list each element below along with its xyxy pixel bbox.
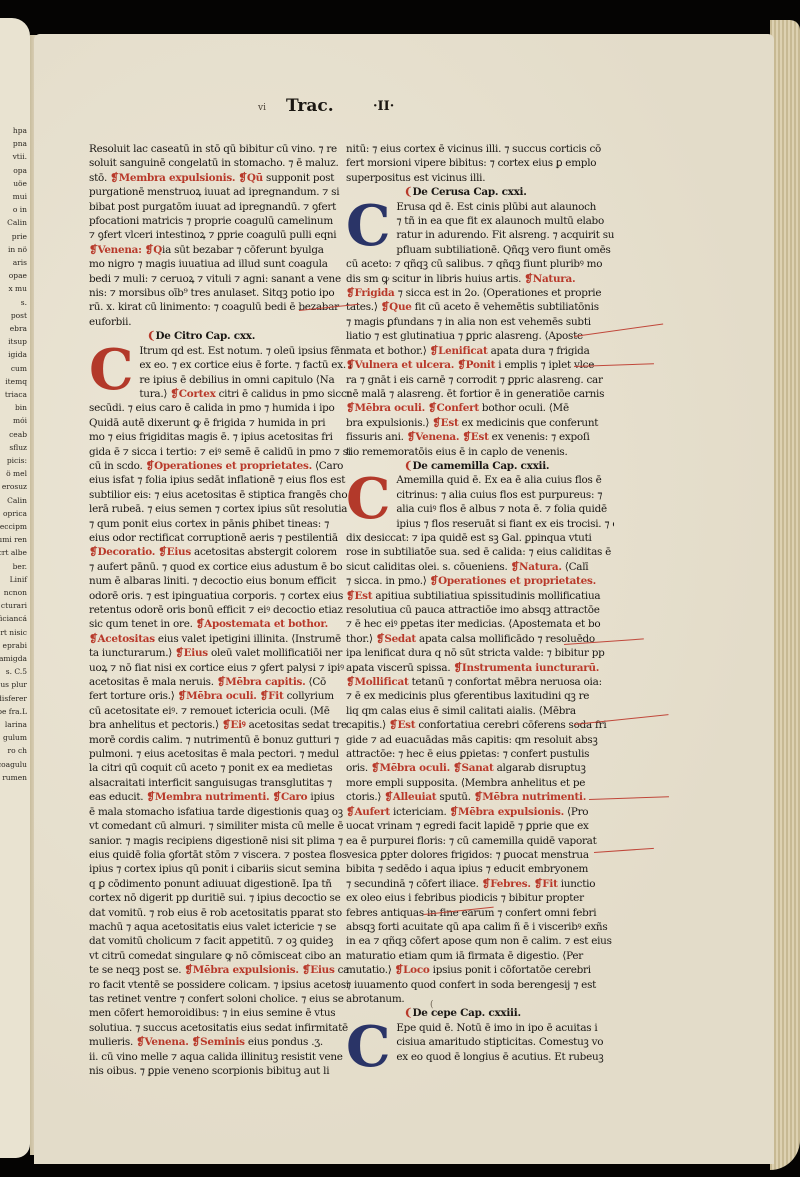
text-line: pulmoni. ⁊ eius acetositas ē mala pector… bbox=[89, 747, 351, 761]
text-line: Epe quid ē. Notū ē imo in ipo ē acuitas … bbox=[396, 1021, 614, 1035]
text-line: retentus odorē oris bonū efficit ⁊ eiꝰ d… bbox=[89, 603, 351, 617]
text-line: mata et bothor.⟩ ❡Lenificat apata dura ⁊… bbox=[346, 344, 614, 358]
left-page-fragment: pna bbox=[13, 139, 27, 149]
left-page-fragment: aris bbox=[13, 258, 27, 268]
text-line: Resoluit lac caseatū in stō qū bibitur c… bbox=[89, 142, 351, 156]
text-line: ctoris.⟩ ❡Alleuiat sputū. ❡Mēbra nutrime… bbox=[346, 790, 614, 804]
left-page-fragment: in nö bbox=[8, 245, 27, 255]
text-line: ratur in adurendo. Fit alsreng. ⁊ acquir… bbox=[396, 228, 614, 242]
text-line: ❡Decoratio. ❡Eius acetositas abstergit c… bbox=[89, 545, 351, 559]
text-line: machū ⁊ aqua acetositatis eius valet ict… bbox=[89, 920, 351, 934]
folio-number: ·II· bbox=[373, 99, 394, 114]
text-line: cisiua amaritudo stipticitas. Comestuꝫ v… bbox=[396, 1035, 614, 1049]
right-text-column: nitū: ⁊ eius cortex ē vicinus illi. ⁊ su… bbox=[346, 142, 614, 1071]
text-line: purgationē menstruoꝝ iuuat ad ipregnandu… bbox=[89, 185, 351, 199]
text-line: fert torture oris.⟩ ❡Mēbra oculi. ❡Fit c… bbox=[89, 689, 351, 703]
decorated-initial: C bbox=[89, 346, 133, 394]
text-line: ❡Est apitiua subtiliatiua spissitudinis … bbox=[346, 589, 614, 603]
left-page-fragment: disferer bbox=[0, 694, 27, 704]
left-page-fragment: igida bbox=[8, 350, 27, 360]
facing-left-page: hpapnavtii.opauöemuio inCalinpriein nöar… bbox=[0, 18, 30, 1158]
text-line: tio rememoratōis eius ē in caplo de vene… bbox=[346, 445, 614, 459]
text-line: ⁊ aufert pānū. ⁊ quod ex cortice eius ad… bbox=[89, 560, 351, 574]
recto-page: vi Trac. ·II· Resoluit lac caseatū in st… bbox=[34, 34, 774, 1164]
left-page-fragment: mui bbox=[13, 192, 27, 202]
stray-mark: ( bbox=[430, 1000, 434, 1010]
left-page-fragment: gulum bbox=[3, 733, 27, 743]
text-line: te se neqꝫ post se. ❡Mēbra expulsionis. … bbox=[89, 963, 351, 977]
text-line: apata viscerū spissa. ❡Instrumenta iunct… bbox=[346, 661, 614, 675]
text-line: mulieris. ❡Venena. ❡Seminis eius pondus … bbox=[89, 1035, 351, 1049]
text-line: tas retinet ventre ⁊ confert soloni chol… bbox=[89, 992, 351, 1006]
decorated-initial: C bbox=[346, 202, 390, 250]
text-line: dat vomitū. ⁊ rob eius ē rob acetositati… bbox=[89, 906, 351, 920]
text-line: solutiua. ⁊ succus acetositatis eius sed… bbox=[89, 1021, 351, 1035]
text-line: rose in subtiliatōe sua. sed ē calida: ⁊… bbox=[346, 545, 614, 559]
text-line: pfocationi matricis ⁊ proprie coagulū ca… bbox=[89, 214, 351, 228]
text-line: ⁊ sicca. in pmo.⟩ ❡Operationes et propri… bbox=[346, 574, 614, 588]
text-line: ⁊ iuuamento quod confert in soda berenge… bbox=[346, 978, 614, 992]
text-line: ipius ⁊ cortex ipius qū ponit i cibariis… bbox=[89, 862, 351, 876]
left-page-fragment: us plur bbox=[0, 680, 27, 690]
text-line: re ipius ē debilius in omni capitulo ⟨Na bbox=[139, 373, 351, 387]
left-page-fragment: o in bbox=[13, 205, 27, 215]
decorated-initial: C bbox=[346, 475, 390, 523]
text-line: ea ē purpurei floris: ⁊ cū camemilla qui… bbox=[346, 834, 614, 848]
text-line: mo nigro ⁊ magis iuuatiua ad illud sunt … bbox=[89, 257, 351, 271]
text-line: tura.⟩ ❡Cortex citri ē calidus in pmo si… bbox=[139, 387, 351, 401]
left-page-fragment: uöe bbox=[13, 179, 27, 189]
chapter-body: C Itrum qd est. Est notum. ⁊ oleū ipsius… bbox=[89, 344, 351, 1079]
left-page-fragment: rumen bbox=[2, 773, 27, 783]
text-line: oris. ❡Mēbra oculi. ❡Sanat algarab disru… bbox=[346, 761, 614, 775]
left-page-fragment: ro ch bbox=[7, 746, 27, 756]
chapter-body: C Amemilla quid ē. Ex ea ē alia cuius fl… bbox=[346, 473, 614, 1006]
text-line: ❡Mēbra oculi. ❡Confert bothor oculi. ⟨Mē bbox=[346, 401, 614, 415]
text-line: morē cordis calim. ⁊ nutrimentū ē bonuz … bbox=[89, 733, 351, 747]
text-line: citrinus: ⁊ alia cuius flos est purpureu… bbox=[396, 488, 614, 502]
text-line: maturatio etiam qum iā firmata ē digesti… bbox=[346, 949, 614, 963]
text-line: bra anhelitus et pectoris.⟩ ❡Eiꝰ acetosi… bbox=[89, 718, 351, 732]
text-line: abrotanum. bbox=[346, 992, 614, 1006]
text-line: ⁊ tñ in ea que fit ex alaunoch multū ela… bbox=[396, 214, 614, 228]
text-line: cortex nō digerit pp duritiē sui. ⁊ ipiu… bbox=[89, 891, 351, 905]
text-line: Quidā autē dixerunt ꝙ ē frigida ⁊ humida… bbox=[89, 416, 351, 430]
text-line: attractōe: ⁊ hec ē eius ꝑpietas: ⁊ confe… bbox=[346, 747, 614, 761]
text-line: bedi ⁊ muli: ⁊ ceruoꝝ ⁊ vituli ⁊ agni: s… bbox=[89, 272, 351, 286]
text-line: in ea ⁊ qñqꝫ cōfert apose qum non ē cali… bbox=[346, 934, 614, 948]
left-page-fragment: erosuz bbox=[2, 482, 27, 492]
signature-mark: vi bbox=[258, 103, 266, 113]
left-page-fragment: s. C.5 bbox=[6, 667, 27, 677]
left-page-fragment: larina bbox=[5, 720, 27, 730]
text-line: ⁊ magis ꝑfundans ⁊ in alia non est vehem… bbox=[346, 315, 614, 329]
left-page-fragment: ö mel bbox=[6, 469, 27, 479]
text-line: odorē oris. ⁊ est ipinguatiua corporis. … bbox=[89, 589, 351, 603]
running-title: Trac. bbox=[286, 96, 334, 116]
text-line: ipius ⁊ flos reseruāt si fiant ex eis tr… bbox=[396, 517, 614, 531]
text-line: bibat post purgatōm iuuat ad ipregnandū.… bbox=[89, 200, 351, 214]
text-line: ❡Mollificat tetanū ⁊ confortat mēbra ner… bbox=[346, 675, 614, 689]
text-line: ❡Acetositas eius valet ipetigini illinit… bbox=[89, 632, 351, 646]
text-line: ❡Venena: ❡Qia sūt bezabar ⁊ cōferunt byu… bbox=[89, 243, 351, 257]
left-page-fragment: prie bbox=[12, 232, 27, 242]
text-line: ii. cū vino melle ⁊ aqua calida illinitu… bbox=[89, 1050, 351, 1064]
page-edges bbox=[770, 20, 800, 1170]
text-line: ipa lenificat dura q nō sūt stricta vald… bbox=[346, 646, 614, 660]
text-line: vt comedant cū almuri. ⁊ similiter mista… bbox=[89, 819, 351, 833]
text-line: cū acetositate eiꝰ. ⁊ remouet ictericia … bbox=[89, 704, 351, 718]
left-page-fragment: post bbox=[11, 311, 27, 321]
left-page-fragment: Calin bbox=[7, 218, 27, 228]
left-page-fragment: sfluz bbox=[9, 443, 27, 453]
left-page-fragment: Calin bbox=[7, 496, 27, 506]
text-line: ⁊ ē ex medicinis plus ꝯferentibus laxitu… bbox=[346, 689, 614, 703]
text-line: ❡Aufert ictericiam. ❡Mēbra expulsionis. … bbox=[346, 805, 614, 819]
left-page-fragment: cturari bbox=[1, 601, 27, 611]
text-line: cū in scdo. ❡Operationes et proprietates… bbox=[89, 459, 351, 473]
text-line: stō. ❡Membra expulsionis. ❡Qū supponit p… bbox=[89, 171, 351, 185]
left-page-fragment: opae bbox=[9, 271, 27, 281]
text-line: la citri qū coquit cū aceto ⁊ ponit ex e… bbox=[89, 761, 351, 775]
left-page-fragment: ceab bbox=[9, 430, 27, 440]
text-line: nitū: ⁊ eius cortex ē vicinus illi. ⁊ su… bbox=[346, 142, 614, 156]
text-line: mo ⁊ eius frigiditas magis ē. ⁊ ipius ac… bbox=[89, 430, 351, 444]
left-page-fragment: bin bbox=[15, 403, 27, 413]
chapter-body: C Erusa qd ē. Est cinis plūbi aut alauno… bbox=[346, 200, 614, 459]
left-page-fragment: crt albe bbox=[0, 548, 27, 558]
text-line: ex eo. ⁊ ex cortice eius ē forte. ⁊ fact… bbox=[139, 358, 351, 372]
text-line: ta iuncturarum.⟩ ❡Eius oleū valet mollif… bbox=[89, 646, 351, 660]
left-page-fragment: hpa bbox=[13, 126, 27, 136]
text-line: sanior. ⁊ magis recipiens digestionē nis… bbox=[89, 834, 351, 848]
text-line: sicut caliditas olei. s. cōueniens. ❡Nat… bbox=[346, 560, 614, 574]
left-page-fragment: ncnon bbox=[4, 588, 27, 598]
chapter-body: C Epe quid ē. Notū ē imo in ipo ē acuita… bbox=[346, 1021, 614, 1064]
text-line: secūdi. ⁊ eius caro ē calida in pmo ⁊ hu… bbox=[89, 401, 351, 415]
text-line: num ē albaras liniti. ⁊ decoctio eius bo… bbox=[89, 574, 351, 588]
text-line: gida ē ⁊ sicca i tertio: ⁊ eiꝰ semē ē ca… bbox=[89, 445, 351, 459]
left-page-fragment: Linif bbox=[10, 575, 27, 585]
chapter-text: Itrum qd est. Est notum. ⁊ oleū ipsius f… bbox=[89, 344, 351, 1079]
text-line: vesica ꝑpter dolores frigidos: ⁊ ꝑuocat … bbox=[346, 848, 614, 862]
text-line: q ꝑ cōdimento ponunt adiuuat digestionē.… bbox=[89, 877, 351, 891]
text-line: superpositus est vicinus illi. bbox=[346, 171, 614, 185]
text-line: resolutiua cū pauca attractiōe imo absqꝫ… bbox=[346, 603, 614, 617]
text-line: liq qm calas eius ē simil calitati aiali… bbox=[346, 704, 614, 718]
left-page-fragment: cum bbox=[11, 364, 27, 374]
text-line: nē malā ⁊ alasreng. ēt fortior ē in gene… bbox=[346, 387, 614, 401]
left-page-fragment: umi ren bbox=[0, 535, 27, 545]
left-page-fragment: vtii. bbox=[13, 152, 27, 162]
text-line: dat vomitū cholicum ⁊ facit appetitū. ⁊ … bbox=[89, 934, 351, 948]
text-line: eius quidē folia ꝯfortāt stōm ⁊ viscera.… bbox=[89, 848, 351, 862]
left-page-fragment: itsup bbox=[8, 337, 27, 347]
text-line: nis oibus. ⁊ ꝑpie veneno scorpionis bibi… bbox=[89, 1064, 351, 1078]
text-line: lerā rubeā. ⁊ eius semen ⁊ cortex ipius … bbox=[89, 502, 351, 516]
text-line: Erusa qd ē. Est cinis plūbi aut alaunoch bbox=[396, 200, 614, 214]
text-line: fissuris ani. ❡Venena. ❡Est ex venenis: … bbox=[346, 430, 614, 444]
left-page-fragment: mói bbox=[13, 416, 27, 426]
left-page-fragment: picis: bbox=[7, 456, 27, 466]
text-line: subtilior eis: ⁊ eius acetositas ē stipt… bbox=[89, 488, 351, 502]
left-page-fragment: amigda bbox=[0, 654, 27, 664]
left-page-fragment: s. bbox=[21, 298, 27, 308]
text-line: ro facit vtentē se possidere colicam. ⁊ … bbox=[89, 978, 351, 992]
chapter-text: Amemilla quid ē. Ex ea ē alia cuius flos… bbox=[346, 473, 614, 1006]
text-line: ex oleo eius i febribus piodicis ⁊ bibit… bbox=[346, 891, 614, 905]
text-line: bibita ⁊ sedēdo i aqua ipius ⁊ educit em… bbox=[346, 862, 614, 876]
text-line: ⁊ qum ponit eius cortex in pānis ꝑhibet … bbox=[89, 517, 351, 531]
text-line: dix desiccat: ⁊ ipa quidē est sꝫ Gal. ꝑp… bbox=[346, 531, 614, 545]
left-page-fragment: eprabi bbox=[3, 641, 28, 651]
text-line: eius odor rectificat corruptionē aeris ⁊… bbox=[89, 531, 351, 545]
text-line: dis sm ꝙ scitur in libris huius artis. ❡… bbox=[346, 272, 614, 286]
text-line: uocat vrinam ⁊ egredi facit lapidē ⁊ ꝑpr… bbox=[346, 819, 614, 833]
left-page-fragment: ebra bbox=[10, 324, 27, 334]
left-page-fragment: crt nisic bbox=[0, 628, 27, 638]
left-page-fragment: oprica bbox=[3, 509, 27, 519]
text-line: gide ⁊ ad euacuādas mās capitis: qm reso… bbox=[346, 733, 614, 747]
text-line: bra expulsionis.⟩ ❡Est ex medicinis que … bbox=[346, 416, 614, 430]
text-line: ⁊ ē hec eiꝰ ꝑpetas iter medicias. ⟨Apost… bbox=[346, 617, 614, 631]
text-line: ❡Frigida ⁊ sicca est in 2o. ⟨Operationes… bbox=[346, 286, 614, 300]
text-line: Amemilla quid ē. Ex ea ē alia cuius flos… bbox=[396, 473, 614, 487]
text-line: fert morsioni vipere bibitus: ⁊ cortex e… bbox=[346, 156, 614, 170]
text-line: nis: ⁊ morsibus oīb⁹ tres anulaset. Sitq… bbox=[89, 286, 351, 300]
text-line: ⁊ secundinā ⁊ cōfert iliace. ❡Febres. ❡F… bbox=[346, 877, 614, 891]
text-line: ex eo quod ē longius ē acutius. Et rubeu… bbox=[396, 1050, 614, 1064]
text-line: euforbii. bbox=[89, 315, 351, 329]
text-line: Itrum qd est. Est notum. ⁊ oleū ipsius f… bbox=[139, 344, 351, 358]
text-line: ra ⁊ gnāt i eis carnē ⁊ corrodit ⁊ ꝑpric… bbox=[346, 373, 614, 387]
left-page-fragment: itemq bbox=[5, 377, 27, 387]
text-line: absqꝫ forti acuitate qū apa calim ñ ē i … bbox=[346, 920, 614, 934]
text-line: men cōfert hemoroidibus: ⁊ in eius semin… bbox=[89, 1006, 351, 1020]
text-line: pfluam subtiliationē. Qñqꝫ vero fiunt om… bbox=[396, 243, 614, 257]
left-page-fragment: triaca bbox=[5, 390, 27, 400]
text-line: cū aceto: ⁊ qñqꝫ cū salibus. ⁊ qñqꝫ fiun… bbox=[346, 257, 614, 271]
text-line: alia cuiꝰ flos ē albus ⁊ nota ē. ⁊ folia… bbox=[396, 502, 614, 516]
left-text-column: Resoluit lac caseatū in stō qū bibitur c… bbox=[89, 142, 351, 1078]
text-line: eas educit. ❡Membra nutrimenti. ❡Caro ip… bbox=[89, 790, 351, 804]
left-page-fragment: ber. bbox=[13, 562, 27, 572]
left-page-fragment: eccipm bbox=[0, 522, 27, 532]
text-line: eius isfat ⁊ folia ipius sedāt inflation… bbox=[89, 473, 351, 487]
text-line: ⁊ ꝯfert vlceri intestinoꝝ ⁊ ꝑprie coagul… bbox=[89, 228, 351, 242]
text-line: alsacraitati interficit sanguisugas tran… bbox=[89, 776, 351, 790]
text-line: soluit sanguinē congelatū in stomacho. ⁊… bbox=[89, 156, 351, 170]
text-line: capitis.⟩ ❡Est confortatiua cerebri cōfe… bbox=[346, 718, 614, 732]
left-page-fragment: opa bbox=[13, 166, 27, 176]
left-page-fragment: ficiancá bbox=[0, 614, 27, 624]
text-line: vt citrū comedat singulare ꝙ nō cōmiscea… bbox=[89, 949, 351, 963]
text-line: more empli supposita. ⟨Membra anhelitus … bbox=[346, 776, 614, 790]
text-line: sic qum tenet in ore. ❡Apostemata et bot… bbox=[89, 617, 351, 631]
text-line: uoꝝ ⁊ nō fiat nisi ex cortice eius ⁊ ꝯfe… bbox=[89, 661, 351, 675]
left-page-fragment: x mu bbox=[8, 284, 27, 294]
text-line: tates.⟩ ❡Que fit cū aceto ē vehemētis su… bbox=[346, 300, 614, 314]
text-line: mutatio.⟩ ❡Loco ipsius ponit i cōfortatō… bbox=[346, 963, 614, 977]
column-text: Resoluit lac caseatū in stō qū bibitur c… bbox=[89, 142, 351, 329]
text-line: ē mala stomacho isfatiua tarde digestion… bbox=[89, 805, 351, 819]
column-text: nitū: ⁊ eius cortex ē vicinus illi. ⁊ su… bbox=[346, 142, 614, 185]
left-page-fragment: oe fra.L bbox=[0, 707, 27, 717]
left-page-fragment: coagulu bbox=[0, 760, 27, 770]
text-line: acetositas ē mala neruis. ❡Mēbra capitis… bbox=[89, 675, 351, 689]
decorated-initial: C bbox=[346, 1023, 390, 1071]
